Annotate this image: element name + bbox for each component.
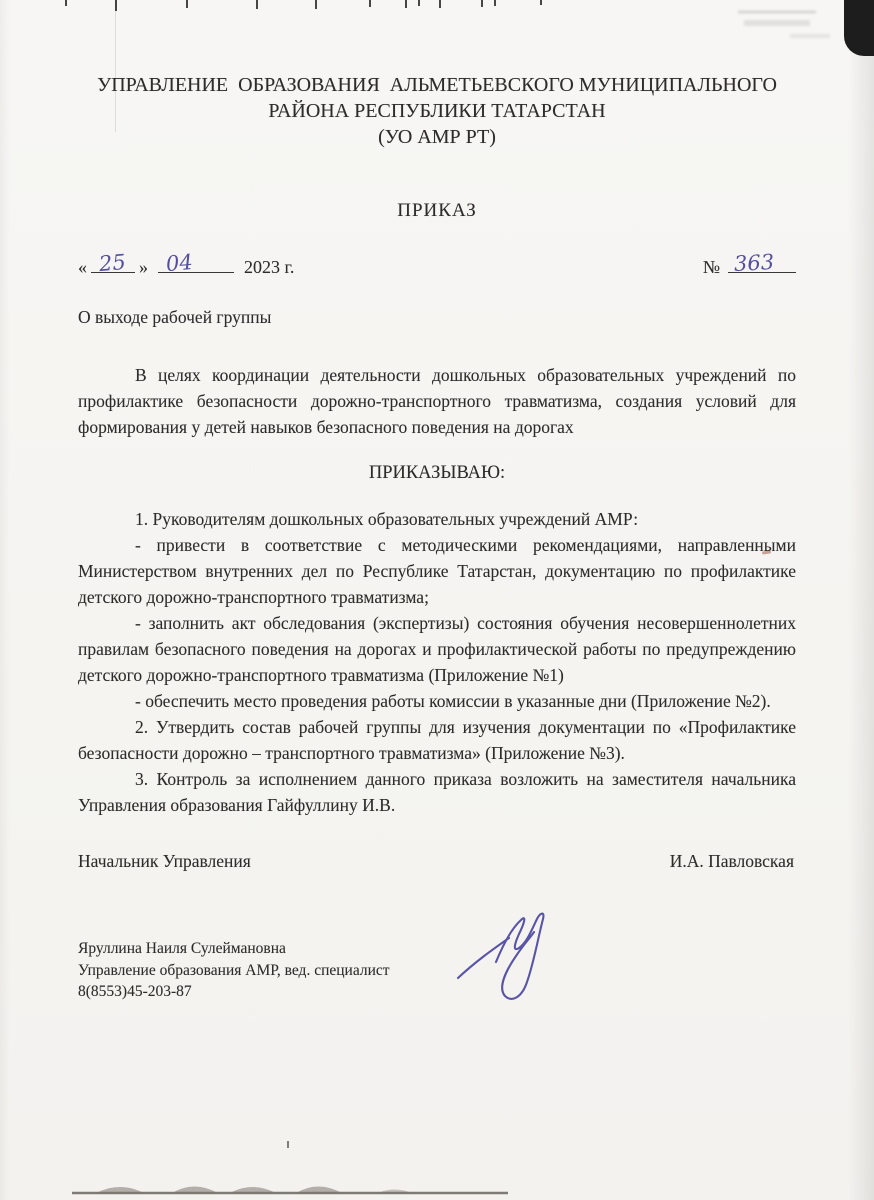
scan-speck-artifact — [287, 1141, 289, 1148]
signature-row: Начальник Управления И.А. Павловская — [78, 848, 796, 874]
preamble-paragraph: В целях координации деятельности дошколь… — [78, 362, 796, 440]
executor-footer: Яруллина Наиля Сулеймановна Управление о… — [78, 938, 796, 1003]
order-items: 1. Руководителям дошкольных образователь… — [78, 506, 796, 818]
year-label: 2023 г. — [244, 257, 294, 277]
scan-paper-edge-artifact — [0, 1176, 874, 1200]
executor-org: Управление образования АМР, вед. специал… — [78, 960, 796, 982]
handwritten-month: 04 — [165, 252, 193, 274]
day-blank: 25 — [91, 272, 135, 273]
order-item: - привести в соответствие с методическим… — [78, 532, 796, 610]
open-quote: « — [78, 257, 87, 277]
order-word: ПРИКАЗЫВАЮ: — [78, 460, 796, 486]
scan-bleedthrough-artifact — [790, 34, 830, 38]
order-item: - заполнить акт обследования (экспертизы… — [78, 610, 796, 688]
order-item: 3. Контроль за исполнением данного прика… — [78, 766, 796, 818]
scan-edge-shadow-left — [0, 0, 10, 1200]
handwritten-day: 25 — [98, 252, 126, 274]
scan-tick-artifact — [65, 0, 67, 6]
document-type-title: ПРИКАЗ — [78, 198, 796, 224]
executor-phone: 8(8553)45-203-87 — [78, 981, 796, 1003]
scanned-page: УПРАВЛЕНИЕ ОБРАЗОВАНИЯ АЛЬМЕТЬЕВСКОГО МУ… — [0, 0, 874, 1200]
signer-position: Начальник Управления — [78, 848, 251, 874]
org-name-line2: РАЙОНА РЕСПУБЛИКИ ТАТАРСТАН — [78, 98, 796, 124]
close-quote: » — [139, 257, 148, 277]
subject-line: О выходе рабочей группы — [78, 304, 796, 330]
handwritten-number: 363 — [734, 252, 775, 274]
number-label: № — [703, 257, 720, 277]
month-blank: 04 — [158, 272, 234, 273]
signer-name: И.А. Павловская — [670, 848, 794, 874]
org-abbreviation: (УО АМР РТ) — [78, 124, 796, 150]
org-name-line1: УПРАВЛЕНИЕ ОБРАЗОВАНИЯ АЛЬМЕТЬЕВСКОГО МУ… — [78, 72, 796, 98]
order-item: 1. Руководителям дошкольных образователь… — [78, 506, 796, 532]
date-field: «25»042023 г. — [78, 254, 294, 280]
number-blank: 363 — [728, 272, 796, 273]
letterhead: УПРАВЛЕНИЕ ОБРАЗОВАНИЯ АЛЬМЕТЬЕВСКОГО МУ… — [78, 72, 796, 150]
order-item: 2. Утвердить состав рабочей группы для и… — [78, 714, 796, 766]
date-and-number-row: «25»042023 г. №363 — [78, 254, 796, 280]
order-item: - обеспечить место проведения работы ком… — [78, 688, 796, 714]
document-body: УПРАВЛЕНИЕ ОБРАЗОВАНИЯ АЛЬМЕТЬЕВСКОГО МУ… — [78, 0, 796, 1003]
scan-edge-shadow-right — [848, 0, 874, 1200]
number-field: №363 — [703, 254, 796, 280]
executor-name: Яруллина Наиля Сулеймановна — [78, 938, 796, 960]
scan-corner-artifact — [844, 0, 874, 56]
